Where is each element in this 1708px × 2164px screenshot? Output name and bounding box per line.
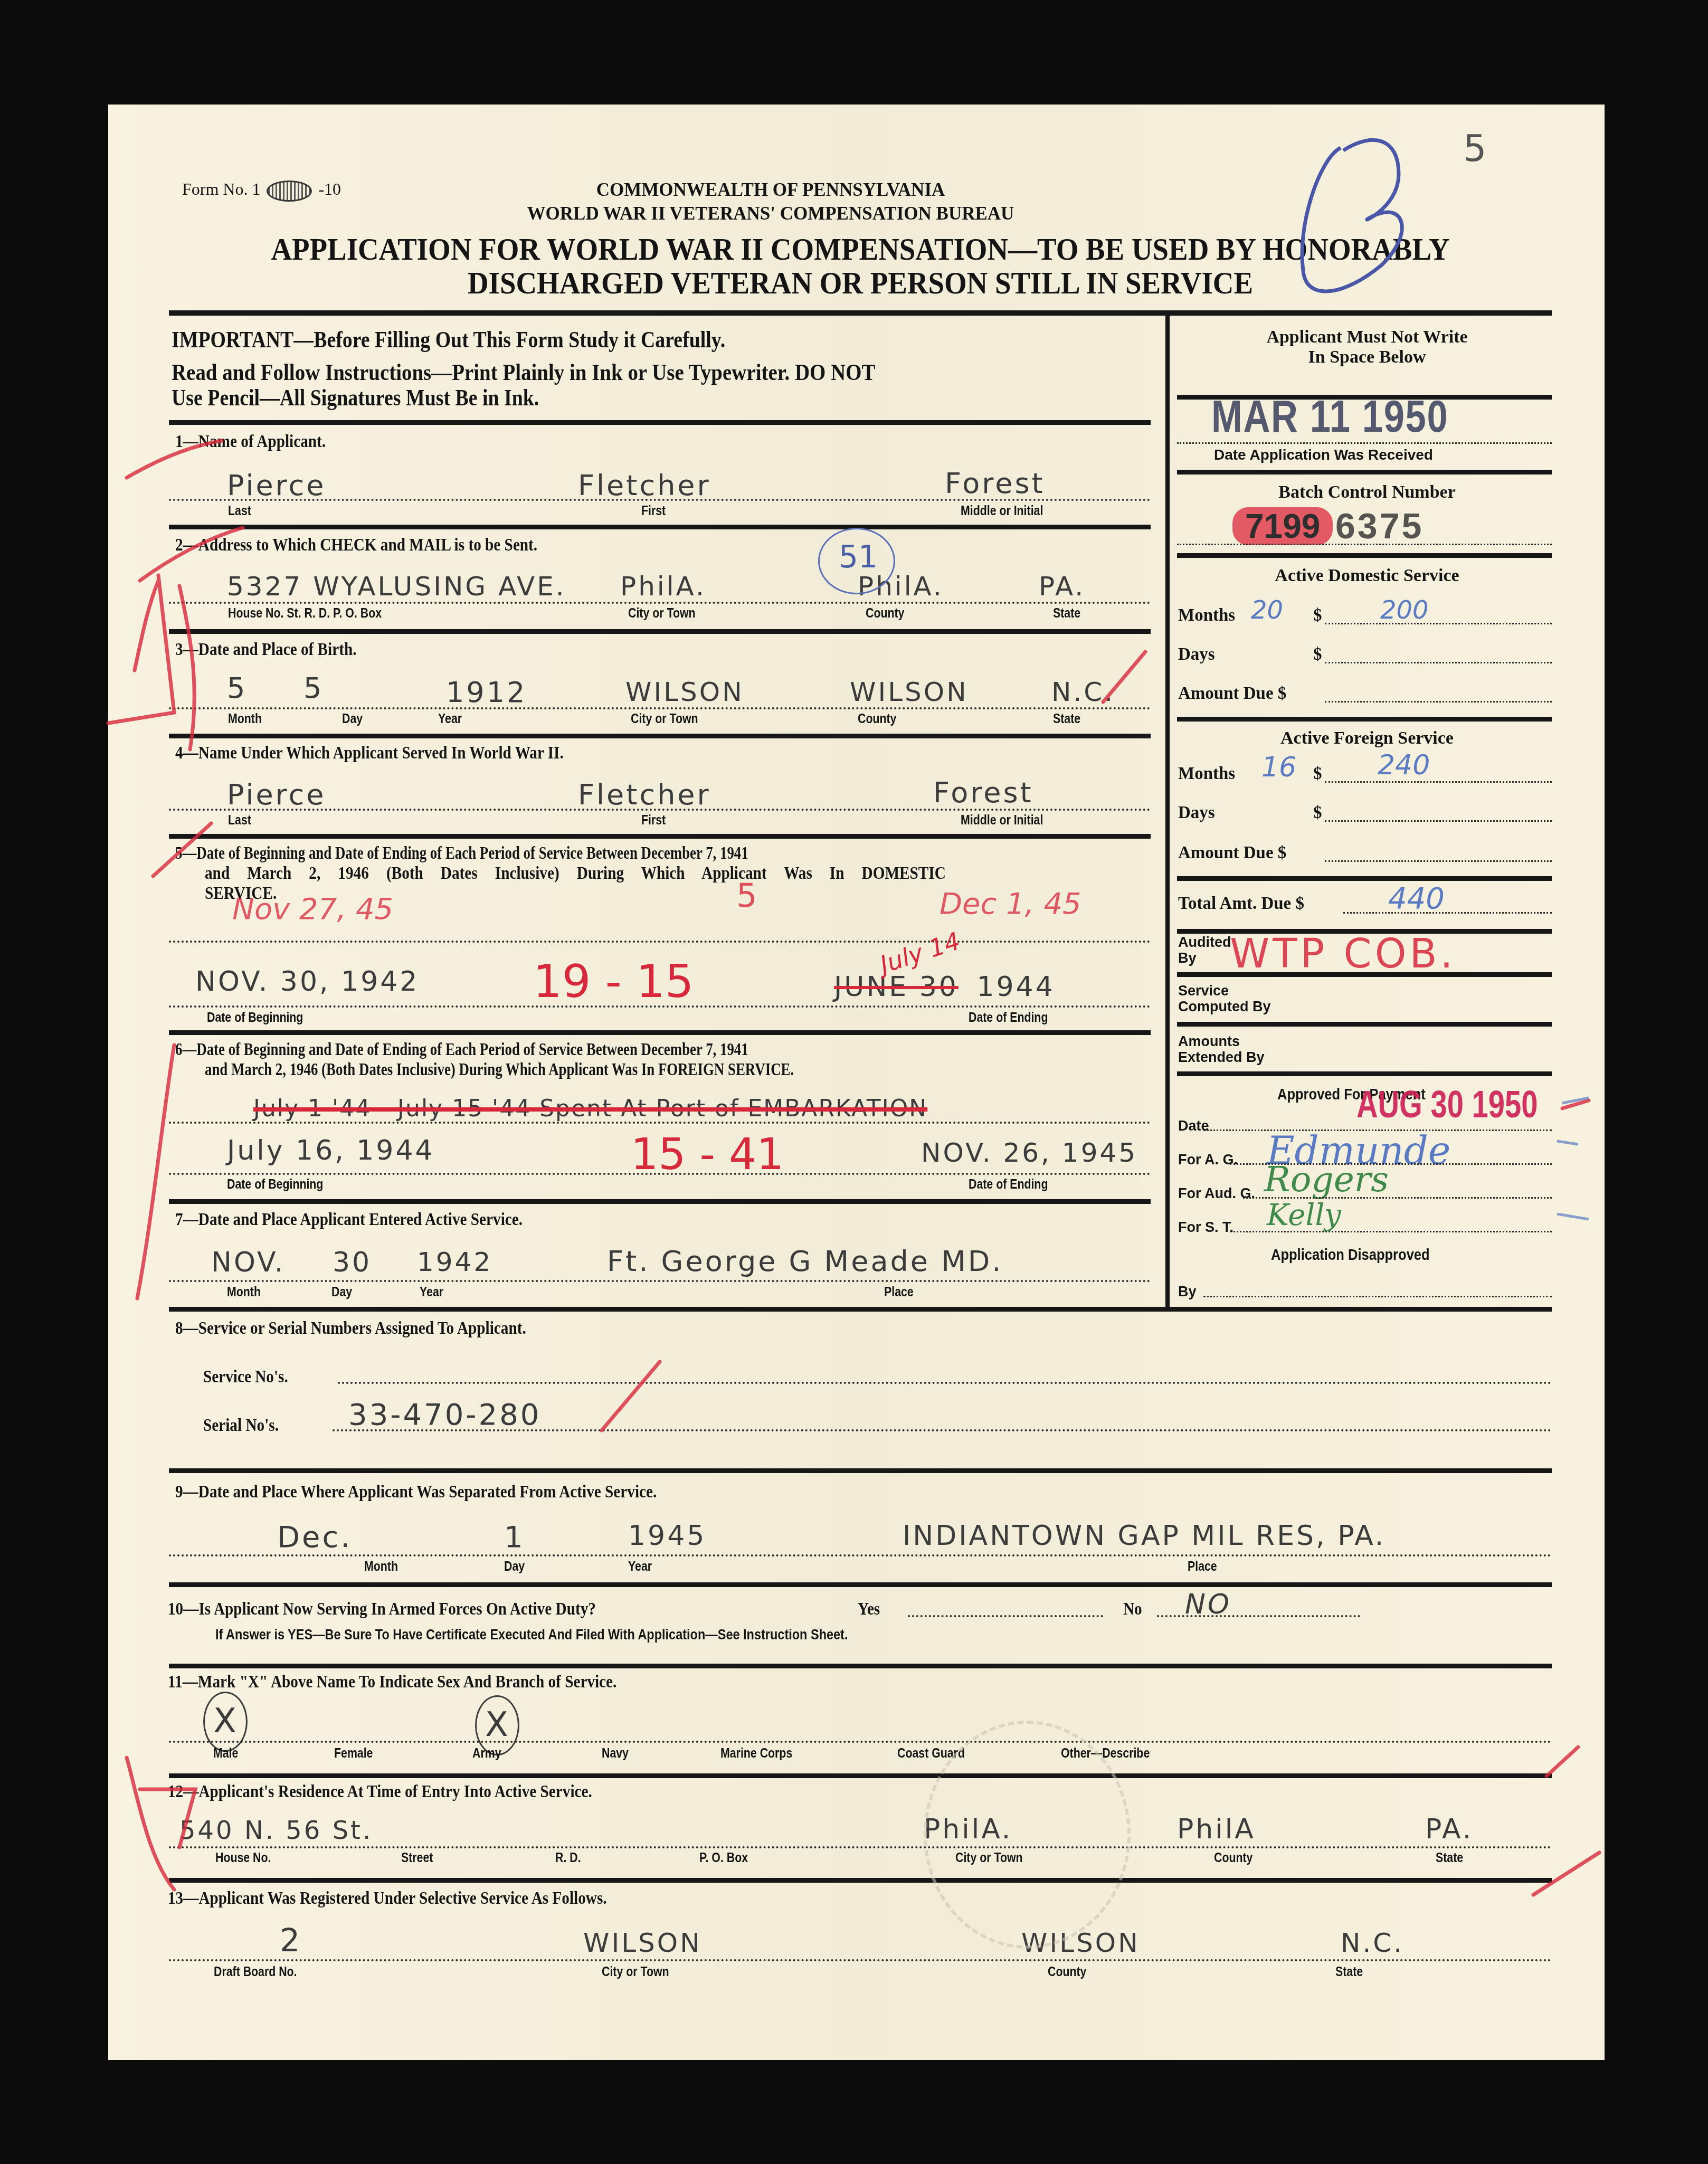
q12-rd-label: R. D.: [555, 1849, 581, 1866]
domestic-due-line[interactable]: [1325, 701, 1552, 703]
q12-state-label: State: [1436, 1849, 1463, 1866]
q9-year-label: Year: [628, 1558, 652, 1574]
q1-middle-value[interactable]: Forest: [945, 467, 1045, 500]
q3-city-label: City or Town: [631, 710, 698, 727]
instructions-line1: IMPORTANT—Before Filling Out This Form S…: [172, 326, 725, 353]
q12-house-street-value[interactable]: 540 N. 56 St.: [179, 1816, 373, 1845]
q12-state-value[interactable]: PA.: [1425, 1814, 1473, 1845]
q6-end-value[interactable]: NOV. 26, 1945: [921, 1137, 1137, 1168]
q10-yes-line[interactable]: [908, 1615, 1103, 1617]
foreign-due-line[interactable]: [1325, 860, 1552, 862]
q7-day-value[interactable]: 30: [333, 1247, 372, 1278]
instructions-line3: Use Pencil—All Signatures Must Be in Ink…: [172, 384, 539, 411]
q1-field-line: [169, 499, 1151, 501]
q2-city-label: City or Town: [628, 605, 696, 621]
received-date-line: [1177, 442, 1552, 444]
office-rule: [1177, 717, 1552, 722]
batch-heading: Batch Control Number: [1177, 482, 1557, 502]
q7-year-value[interactable]: 1942: [417, 1247, 492, 1277]
q7-heading: 7—Date and Place Applicant Entered Activ…: [175, 1210, 523, 1230]
q1-middle-label: Middle or Initial: [961, 502, 1043, 519]
q10-heading: 10—Is Applicant Now Serving In Armed For…: [168, 1599, 596, 1619]
q5-heading-line1: 5—Date of Beginning and Date of Ending o…: [175, 843, 748, 863]
for-st-line: [1230, 1231, 1552, 1232]
domestic-months-line: [1325, 623, 1552, 624]
form-title-line1: APPLICATION FOR WORLD WAR II COMPENSATIO…: [237, 231, 1484, 268]
q3-month-label: Month: [228, 710, 262, 727]
domestic-days-line[interactable]: [1325, 662, 1552, 663]
form-number: Form No. 1 -10: [182, 179, 341, 202]
foreign-days-dollar: $: [1313, 803, 1322, 823]
q2-field-line: [169, 602, 1151, 604]
q5-field-line-2: [169, 1005, 1151, 1008]
received-date-stamp: MAR 11 1950: [1211, 391, 1448, 443]
q2-circled-note: 51: [818, 528, 895, 594]
q3-year-value[interactable]: 1912: [446, 676, 527, 709]
q13-state-label: State: [1335, 1963, 1363, 1980]
q9-day-label: Day: [504, 1558, 525, 1574]
q5-field-line-1: [169, 941, 1151, 943]
domestic-months-value[interactable]: 20: [1251, 595, 1283, 625]
q6-field-line-1: [169, 1122, 1151, 1124]
for-aud-g-label: For Aud. G.: [1178, 1185, 1255, 1201]
batch-struck-value: 7199: [1232, 507, 1333, 546]
q5-red-annotation-mid: 5: [736, 876, 757, 915]
q5-end-label: Date of Ending: [969, 1009, 1048, 1026]
q12-street-label: Street: [401, 1849, 433, 1866]
foreign-months-value[interactable]: 16: [1261, 752, 1296, 783]
q5-red-calc: 19 - 15: [533, 955, 694, 1008]
q2-street-value[interactable]: 5327 WYALUSING AVE.: [227, 571, 566, 602]
q9-place-label: Place: [1188, 1558, 1217, 1574]
office-rule: [1177, 553, 1552, 558]
q2-county-label: County: [866, 605, 904, 621]
q11-option-male[interactable]: Male: [213, 1745, 238, 1761]
office-rule: [1177, 1071, 1552, 1076]
q8-heading: 8—Service or Serial Numbers Assigned To …: [175, 1318, 526, 1339]
q3-year-label: Year: [438, 710, 462, 727]
q12-field-line: [169, 1846, 1552, 1848]
q9-month-value[interactable]: Dec.: [277, 1520, 352, 1554]
q5-red-annotation-right: Dec 1, 45: [940, 887, 1081, 921]
q7-year-label: Year: [420, 1284, 443, 1300]
q2-heading: 2—Address to Which CHECK and MAIL is to …: [175, 535, 537, 555]
q4-last-label: Last: [228, 812, 251, 828]
domestic-months-dollar: $: [1313, 606, 1322, 625]
domestic-days-label: Days: [1178, 645, 1215, 665]
q1-last-label: Last: [228, 502, 251, 519]
instructions-line2: Read and Follow Instructions—Print Plain…: [172, 359, 875, 386]
q7-place-value[interactable]: Ft. George G Meade MD.: [607, 1245, 1003, 1278]
q9-field-line: [169, 1554, 1552, 1556]
q11-heading: 11—Mark "X" Above Name To Indicate Sex A…: [168, 1672, 616, 1692]
q3-county-value[interactable]: WILSON: [850, 677, 969, 707]
q8-service-label: Service No's.: [203, 1367, 288, 1387]
corner-mark: 5: [1463, 127, 1489, 170]
q6-red-calc: 15 - 41: [631, 1130, 784, 1180]
for-st-signature[interactable]: Kelly: [1267, 1198, 1341, 1232]
batch-struck-text: 7199: [1232, 507, 1333, 545]
q7-field-line: [169, 1280, 1151, 1282]
q3-month-value[interactable]: 5: [227, 671, 247, 705]
batch-control-number: 6375: [1335, 506, 1424, 547]
audited-by-label: Audited By: [1178, 934, 1231, 966]
q8-serial-value[interactable]: 33-470-280: [348, 1398, 541, 1432]
section-rule: [169, 1582, 1552, 1587]
received-date-label: Date Application Was Received: [1214, 447, 1433, 463]
q11-option-navy[interactable]: Navy: [602, 1745, 629, 1761]
q3-city-value[interactable]: WILSON: [625, 677, 744, 707]
header-rule: [169, 310, 1552, 316]
form-suffix: -10: [318, 179, 341, 198]
q13-board-value[interactable]: 2: [280, 1922, 302, 1959]
q3-county-label: County: [858, 710, 896, 727]
section-rule: [169, 525, 1151, 529]
q4-middle-value[interactable]: Forest: [933, 776, 1033, 809]
for-aud-g-signature[interactable]: Rogers: [1264, 1159, 1389, 1200]
q2-state-value[interactable]: PA.: [1039, 571, 1085, 602]
q1-first-value[interactable]: Fletcher: [578, 469, 711, 502]
office-rule: [1177, 972, 1552, 977]
office-heading-line2: In Space Below: [1177, 347, 1557, 367]
q2-state-label: State: [1053, 605, 1080, 621]
q8-serial-line: [333, 1429, 1552, 1431]
q3-field-line: [169, 707, 1151, 709]
section-rule: [169, 834, 1151, 839]
approved-date-stamp: AUG 30 1950: [1356, 1083, 1538, 1126]
q2-circled-note-text: 51: [839, 539, 878, 575]
embossed-seal: [924, 1721, 1131, 1949]
audited-by-value[interactable]: WTP COB.: [1230, 930, 1456, 977]
q9-heading: 9—Date and Place Where Applicant Was Sep…: [175, 1482, 657, 1502]
foreign-months-line: [1325, 781, 1552, 783]
q3-state-label: State: [1053, 710, 1080, 727]
q9-year-value[interactable]: 1945: [628, 1520, 706, 1552]
section-rule: [169, 1664, 1552, 1668]
q12-house-label: House No.: [215, 1849, 271, 1866]
q6-struck-note: July 1 '44 - July 15 '44 Spent At Port o…: [253, 1095, 927, 1122]
disapproved-heading: Application Disapproved: [1271, 1247, 1430, 1264]
foreign-due-label: Amount Due $: [1178, 843, 1286, 863]
q4-last-value[interactable]: Pierce: [227, 778, 326, 811]
q7-day-label: Day: [331, 1284, 352, 1300]
q3-heading: 3—Date and Place of Birth.: [175, 640, 357, 660]
q12-heading: 12—Applicant's Residence At Time of Entr…: [168, 1782, 592, 1802]
foreign-months-amount[interactable]: 240: [1378, 749, 1430, 781]
q5-end-struck[interactable]: JUNE 30 1944: [834, 971, 1055, 1003]
q7-place-label: Place: [884, 1284, 914, 1300]
q8-service-line[interactable]: [338, 1382, 1552, 1384]
q10-note: If Answer is YES—Be Sure To Have Certifi…: [215, 1627, 848, 1643]
q13-board-label: Draft Board No.: [214, 1963, 297, 1980]
for-st-label: For S. T.: [1178, 1219, 1233, 1235]
section-rule: [169, 1307, 1552, 1312]
office-rule: [1177, 1022, 1552, 1027]
computed-label-1: Service: [1178, 983, 1271, 999]
total-due-label: Total Amt. Due $: [1178, 894, 1304, 914]
q11-option-marine-corps[interactable]: Marine Corps: [720, 1745, 792, 1761]
service-computed-label: Service Computed By: [1178, 983, 1271, 1014]
q2-city-value[interactable]: PhilA.: [620, 571, 706, 602]
office-rule: [1177, 470, 1552, 474]
q6-begin-value[interactable]: July 16, 1944: [227, 1135, 435, 1166]
amounts-extended-label: Amounts Extended By: [1178, 1033, 1265, 1065]
q9-place-value[interactable]: INDIANTOWN GAP MIL RES, PA.: [903, 1520, 1386, 1552]
q5-end-year: 1944: [976, 971, 1055, 1003]
q4-heading: 4—Name Under Which Applicant Served In W…: [175, 743, 564, 763]
q4-field-line: [169, 809, 1151, 811]
section-rule: [169, 1773, 1552, 1778]
q6-end-label: Date of Ending: [969, 1176, 1048, 1192]
q1-first-label: First: [641, 502, 666, 519]
q12-county-label: County: [1214, 1849, 1252, 1866]
q4-middle-label: Middle or Initial: [961, 812, 1043, 828]
q13-county-label: County: [1048, 1963, 1086, 1980]
office-heading-line1: Applicant Must Not Write: [1177, 327, 1557, 347]
q10-no-value[interactable]: NO: [1185, 1589, 1231, 1620]
domestic-days-dollar: $: [1313, 645, 1322, 665]
extended-label-1: Amounts: [1178, 1033, 1265, 1049]
approved-date-label: Date: [1178, 1118, 1209, 1134]
bureau-name: WORLD WAR II VETERANS' COMPENSATION BURE…: [475, 203, 1066, 224]
q12-pobox-label: P. O. Box: [699, 1849, 748, 1866]
q13-heading: 13—Applicant Was Registered Under Select…: [168, 1888, 607, 1909]
section-rule: [169, 734, 1151, 738]
audited-label-2: By: [1178, 950, 1231, 966]
disapproved-by-label: By: [1178, 1284, 1197, 1299]
q10-no-label: No: [1123, 1599, 1142, 1619]
domestic-due-label: Amount Due $: [1178, 684, 1286, 704]
q1-heading: 1—Name of Applicant.: [175, 432, 326, 452]
extended-label-2: Extended By: [1178, 1049, 1265, 1065]
q11-male-x: X: [213, 1702, 236, 1741]
q13-city-value[interactable]: WILSON: [583, 1928, 702, 1958]
q7-month-value[interactable]: NOV.: [211, 1247, 285, 1278]
domestic-months-label: Months: [1178, 606, 1235, 625]
section-rule: [169, 1878, 1552, 1883]
q11-army-x: X: [485, 1705, 508, 1744]
foreign-days-label: Days: [1178, 803, 1215, 823]
section-rule: [169, 1030, 1151, 1035]
section-rule: [169, 1199, 1151, 1204]
q5-heading-line2: and March 2, 1946 (Both Dates Inclusive)…: [205, 863, 946, 884]
batch-line: [1177, 544, 1552, 545]
q13-state-value[interactable]: N.C.: [1341, 1928, 1404, 1958]
q3-day-value[interactable]: 5: [303, 671, 324, 705]
q3-day-label: Day: [342, 710, 363, 727]
q2-street-label: House No. St. R. D. P. O. Box: [228, 605, 382, 621]
q4-first-value[interactable]: Fletcher: [578, 778, 711, 811]
section-rule: [169, 1468, 1552, 1473]
q5-red-annotation-left: Nov 27, 45: [232, 892, 393, 926]
column-divider: [1165, 315, 1170, 1309]
total-due-value[interactable]: 440: [1388, 881, 1445, 916]
q11-option-female[interactable]: Female: [334, 1745, 373, 1761]
q6-field-line-2: [169, 1173, 1151, 1175]
q11-option-army[interactable]: Army: [472, 1745, 501, 1761]
section-rule: [169, 420, 1151, 425]
q5-begin-label: Date of Beginning: [207, 1009, 303, 1026]
office-rule: [1177, 876, 1552, 881]
domestic-heading: Active Domestic Service: [1177, 566, 1557, 586]
q6-heading-line2: and March 2, 1946 (Both Dates Inclusive)…: [205, 1060, 794, 1080]
q10-yes-label: Yes: [858, 1599, 880, 1619]
foreign-heading: Active Foreign Service: [1177, 728, 1557, 748]
section-rule: [169, 629, 1151, 634]
q7-month-label: Month: [227, 1284, 261, 1300]
q11-field-line: [169, 1741, 1552, 1743]
q5-begin-value[interactable]: NOV. 30, 1942: [195, 966, 419, 998]
domestic-months-amount[interactable]: 200: [1380, 595, 1429, 625]
q8-serial-label: Serial No's.: [203, 1416, 279, 1436]
q9-month-label: Month: [364, 1558, 398, 1574]
q9-day-value[interactable]: 1: [504, 1520, 525, 1554]
q4-first-label: First: [641, 812, 666, 828]
foreign-months-label: Months: [1178, 764, 1235, 784]
q13-field-line: [169, 1959, 1552, 1961]
for-ag-label: For A. G.: [1178, 1152, 1238, 1168]
q6-heading-line1: 6—Date of Beginning and Date of Ending o…: [175, 1040, 748, 1060]
q6-begin-label: Date of Beginning: [227, 1176, 323, 1192]
q3-state-value[interactable]: N.C.: [1051, 677, 1115, 707]
computed-label-2: Computed By: [1178, 999, 1271, 1014]
agency-name: COMMONWEALTH OF PENNSYLVANIA: [549, 179, 992, 201]
form-number-text: Form No. 1: [182, 179, 260, 198]
q12-county-value[interactable]: PhilA: [1177, 1814, 1256, 1845]
total-due-line: [1343, 912, 1552, 914]
foreign-days-line[interactable]: [1325, 820, 1552, 822]
q13-city-label: City or Town: [602, 1963, 669, 1980]
union-bug-icon: [267, 181, 312, 202]
audited-label-1: Audited: [1178, 934, 1231, 950]
q5-end-struck-text: JUNE 30: [834, 971, 959, 1003]
q1-last-value[interactable]: Pierce: [227, 469, 326, 502]
disapproved-by-line[interactable]: [1203, 1296, 1552, 1297]
form-title-line2: DISCHARGED VETERAN OR PERSON STILL IN SE…: [237, 265, 1484, 301]
foreign-months-dollar: $: [1313, 764, 1322, 784]
